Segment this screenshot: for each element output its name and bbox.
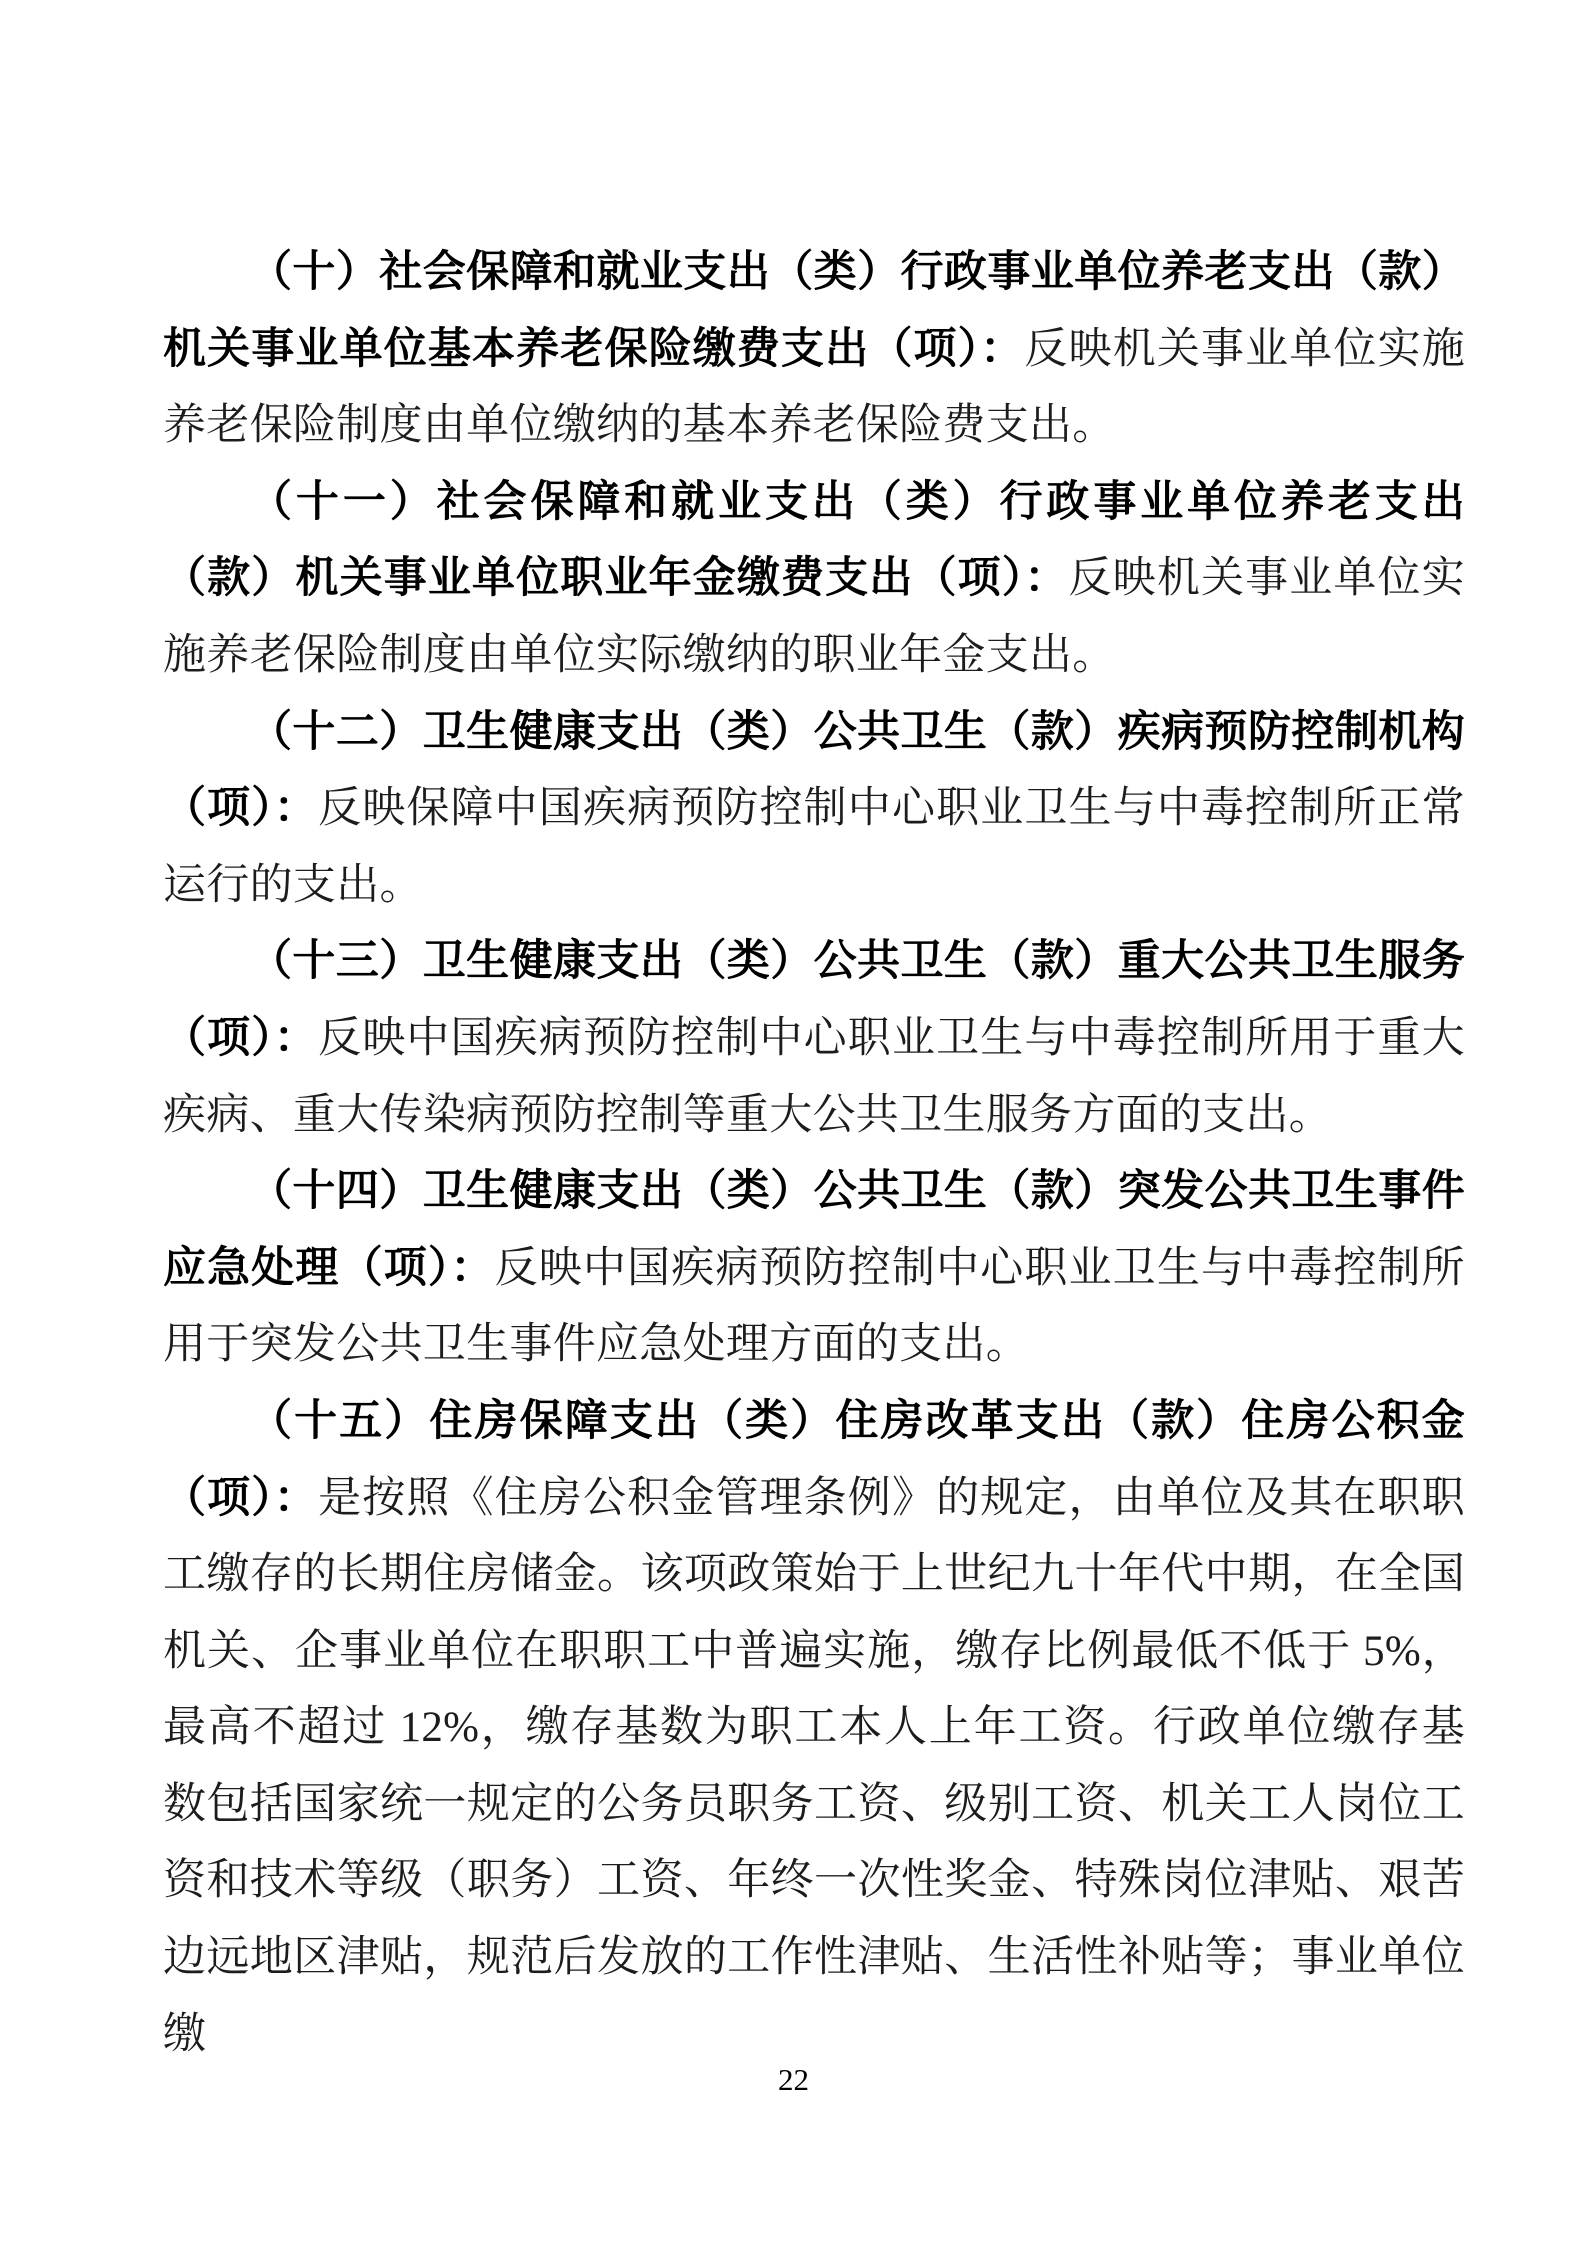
page-number: 22: [778, 2062, 809, 2097]
document-page: （十）社会保障和就业支出（类）行政事业单位养老支出（款）机关事业单位基本养老保险…: [0, 0, 1587, 2245]
paragraph-text: 是按照《住房公积金管理条例》的规定，由单位及其在职职工缴存的长期住房储金。该项政…: [163, 1475, 1465, 2058]
paragraph-text: 反映中国疾病预防控制中心职业卫生与中毒控制所用于重大疾病、重大传染病预防控制等重…: [163, 1015, 1465, 1139]
paragraph-text: 反映保障中国疾病预防控制中心职业卫生与中毒控制所正常运行的支出。: [163, 785, 1465, 909]
paragraph: （十二）卫生健康支出（类）公共卫生（款）疾病预防控制机构（项）：反映保障中国疾病…: [163, 695, 1465, 925]
paragraph: （十一）社会保障和就业支出（类）行政事业单位养老支出（款）机关事业单位职业年金缴…: [163, 465, 1465, 695]
paragraph: （十四）卫生健康支出（类）公共卫生（款）突发公共卫生事件应急处理（项）：反映中国…: [163, 1154, 1465, 1384]
paragraph: （十五）住房保障支出（类）住房改革支出（款）住房公积金（项）：是按照《住房公积金…: [163, 1384, 1465, 2073]
paragraph: （十三）卫生健康支出（类）公共卫生（款）重大公共卫生服务（项）：反映中国疾病预防…: [163, 924, 1465, 1154]
paragraph: （十）社会保障和就业支出（类）行政事业单位养老支出（款）机关事业单位基本养老保险…: [163, 235, 1465, 465]
document-content: （十）社会保障和就业支出（类）行政事业单位养老支出（款）机关事业单位基本养老保险…: [163, 235, 1465, 2073]
page-footer: 22: [0, 2062, 1587, 2098]
